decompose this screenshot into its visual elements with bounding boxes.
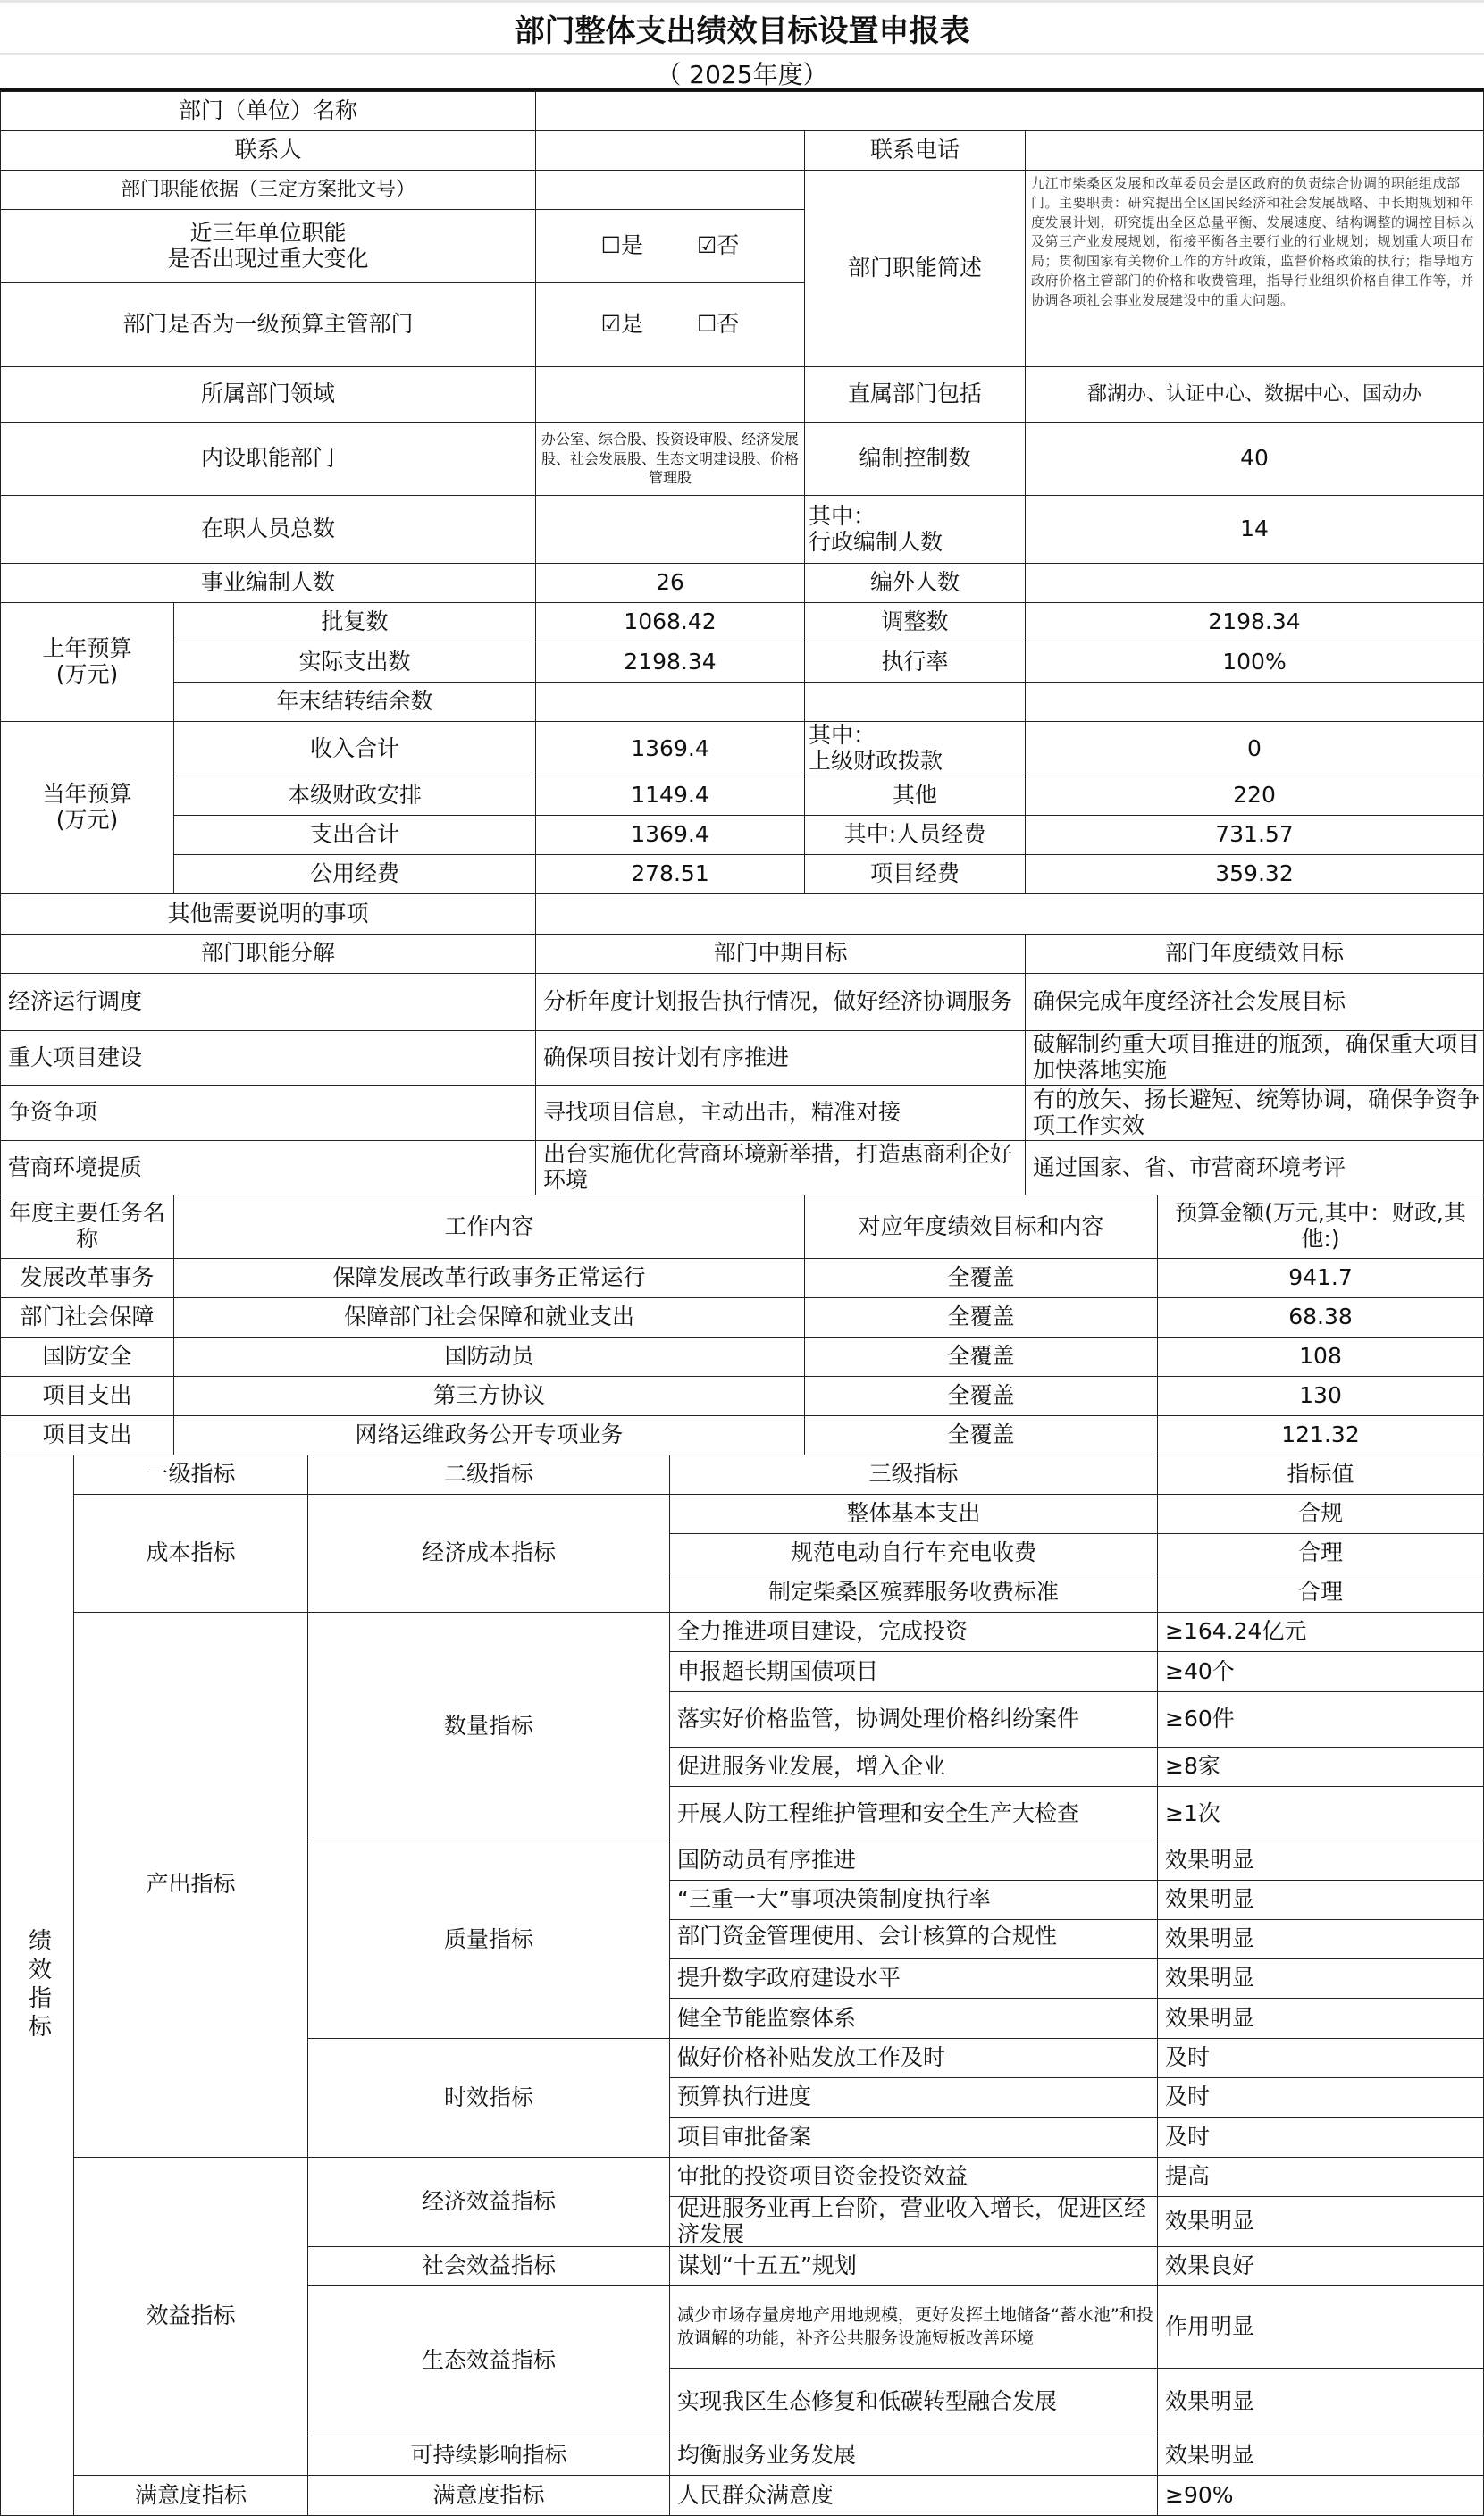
local-funding-value: 1149.4 — [535, 776, 805, 816]
task-row-target: 全覆盖 — [804, 1297, 1158, 1338]
indicator-level3: 提升数字政府建设水平 — [669, 1958, 1158, 1999]
indicator-value: 效果明显 — [1157, 2436, 1484, 2476]
indicators-header-level2: 二级指标 — [307, 1455, 670, 1495]
upper-funding-value: 0 — [1025, 721, 1484, 776]
phone-label: 联系电话 — [804, 130, 1026, 171]
task-row-content: 第三方协议 — [173, 1376, 805, 1416]
indicator-level3: 均衡服务业务发展 — [669, 2436, 1158, 2476]
function-row-annual: 确保完成年度经济社会发展目标 — [1025, 973, 1484, 1031]
current-budget-group-label: 当年预算 (万元) — [0, 721, 174, 894]
other-funding-label: 其他 — [804, 776, 1026, 816]
task-row-budget: 130 — [1157, 1376, 1484, 1416]
indicator-value: 效果明显 — [1157, 2196, 1484, 2247]
admin-staff-label: 其中： 行政编制人数 — [804, 495, 1026, 564]
contact-field[interactable] — [535, 130, 805, 171]
indicator-level3: “三重一大”事项决策制度执行率 — [669, 1880, 1158, 1920]
indicator-level3: 做好价格补贴发放工作及时 — [669, 2038, 1158, 2078]
level2-quantity: 数量指标 — [307, 1612, 670, 1841]
career-staff-value: 26 — [535, 563, 805, 603]
function-basis-field[interactable] — [535, 170, 805, 210]
indicator-value: 合理 — [1157, 1533, 1484, 1573]
local-funding-label: 本级财政安排 — [173, 776, 536, 816]
task-row-content: 国防动员 — [173, 1337, 805, 1377]
personnel-value: 731.57 — [1025, 815, 1484, 855]
indicator-level3: 实现我区生态修复和低碳转型融合发展 — [669, 2368, 1158, 2436]
function-row-annual: 通过国家、省、市营商环境考评 — [1025, 1140, 1484, 1195]
functions-header-annual: 部门年度绩效目标 — [1025, 934, 1484, 974]
indicator-value: 及时 — [1157, 2077, 1484, 2118]
indicator-value: 效果明显 — [1157, 1841, 1484, 1881]
other-matters-field[interactable] — [535, 893, 1484, 935]
public-expense-label: 公用经费 — [173, 854, 536, 894]
indicator-level3: 减少市场存量房地产用地规模，更好发挥土地储备“蓄水池”和投放调解的功能，补齐公共… — [669, 2285, 1158, 2369]
task-row-budget: 121.32 — [1157, 1415, 1484, 1455]
last-year-budget-group-label: 上年预算 (万元) — [0, 602, 174, 722]
actual-label: 实际支出数 — [173, 642, 536, 683]
task-row-budget: 108 — [1157, 1337, 1484, 1377]
income-value: 1369.4 — [535, 721, 805, 776]
indicator-level3: 开展人防工程维护管理和安全生产大检查 — [669, 1786, 1158, 1841]
option-yes-label: 是 — [621, 232, 643, 258]
indicator-value: ≥40个 — [1157, 1651, 1484, 1692]
carryover-field[interactable] — [535, 682, 805, 722]
functions-header-midterm: 部门中期目标 — [535, 934, 1026, 974]
indicator-value: ≥164.24亿元 — [1157, 1612, 1484, 1652]
indicator-level3: 整体基本支出 — [669, 1494, 1158, 1534]
staffing-control-value: 40 — [1025, 422, 1484, 496]
indicator-level3: 人民群众满意度 — [669, 2475, 1158, 2516]
task-row-content: 保障部门社会保障和就业支出 — [173, 1297, 805, 1338]
task-row-budget: 941.7 — [1157, 1258, 1484, 1298]
task-row-content: 保障发展改革行政事务正常运行 — [173, 1258, 805, 1298]
function-basis-label: 部门职能依据（三定方案批文号） — [0, 170, 536, 210]
function-row-name: 经济运行调度 — [0, 973, 536, 1031]
level2-social-benefit: 社会效益指标 — [307, 2246, 670, 2286]
task-row-budget: 68.38 — [1157, 1297, 1484, 1338]
function-row-name: 重大项目建设 — [0, 1030, 536, 1086]
function-row-name: 营商环境提质 — [0, 1140, 536, 1195]
exec-rate-label: 执行率 — [804, 642, 1026, 683]
indicator-level3: 制定柴桑区殡葬服务收费标准 — [669, 1572, 1158, 1613]
indicator-level3: 谋划“十五五”规划 — [669, 2246, 1158, 2286]
task-row-target: 全覆盖 — [804, 1337, 1158, 1377]
contact-label: 联系人 — [0, 130, 536, 171]
internal-depts-label: 内设职能部门 — [0, 422, 536, 496]
level1-cost: 成本指标 — [73, 1494, 308, 1613]
indicator-level3: 审批的投资项目资金投资效益 — [669, 2157, 1158, 2197]
personnel-label: 其中:人员经费 — [804, 815, 1026, 855]
empty-cell — [1025, 682, 1484, 722]
upper-funding-label: 其中： 上级财政拨款 — [804, 721, 1026, 776]
indicator-level3: 规范电动自行车充电收费 — [669, 1533, 1158, 1573]
option-no-label: 否 — [717, 311, 739, 337]
function-row-midterm: 确保项目按计划有序推进 — [535, 1030, 1026, 1086]
total-staff-field[interactable] — [535, 495, 805, 564]
staffing-control-label: 编制控制数 — [804, 422, 1026, 496]
primary-budget-yes-checkbox[interactable]: ☑是 — [601, 312, 643, 338]
income-label: 收入合计 — [173, 721, 536, 776]
indicator-value: 及时 — [1157, 2038, 1484, 2078]
expense-value: 1369.4 — [535, 815, 805, 855]
function-desc-text: 九江市柴桑区发展和改革委员会是区政府的负责综合协调的职能组成部门。主要职责：研究… — [1025, 170, 1484, 367]
indicator-value: 效果明显 — [1157, 2368, 1484, 2436]
tasks-header-content: 工作内容 — [173, 1195, 805, 1259]
level2-ecological-benefit: 生态效益指标 — [307, 2285, 670, 2436]
checkbox-empty-icon: ☐ — [601, 232, 621, 258]
indicator-value: 提高 — [1157, 2157, 1484, 2197]
level2-economic-cost: 经济成本指标 — [307, 1494, 670, 1613]
indicators-header-level1: 一级指标 — [73, 1455, 308, 1495]
function-row-midterm: 分析年度计划报告执行情况，做好经济协调服务 — [535, 973, 1026, 1031]
function-desc-label: 部门职能简述 — [804, 170, 1026, 367]
dept-name-label: 部门（单位）名称 — [0, 91, 536, 131]
tasks-header-target: 对应年度绩效目标和内容 — [804, 1195, 1158, 1259]
indicator-value: ≥8家 — [1157, 1747, 1484, 1787]
level2-quality: 质量指标 — [307, 1841, 670, 2039]
indicator-value: 效果明显 — [1157, 1958, 1484, 1999]
internal-depts-value: 办公室、综合股、投资设审股、经济发展股、社会发展股、生态文明建设股、价格管理股 — [535, 422, 805, 496]
tasks-header-name: 年度主要任务名称 — [0, 1195, 174, 1259]
project-expense-label: 项目经费 — [804, 854, 1026, 894]
function-change-yes-checkbox[interactable]: ☐是 — [601, 233, 643, 259]
level2-sustainability: 可持续影响指标 — [307, 2436, 670, 2476]
indicator-level3: 促进服务业再上台阶，营业收入增长，促进区经济发展 — [669, 2196, 1158, 2247]
extra-staff-label: 编外人数 — [804, 563, 1026, 603]
admin-staff-value: 14 — [1025, 495, 1484, 564]
indicator-level3: 健全节能监察体系 — [669, 1998, 1158, 2039]
indicator-level3: 落实好价格监管，协调处理价格纠纷案件 — [669, 1691, 1158, 1748]
indicator-value: 及时 — [1157, 2117, 1484, 2158]
indicator-value: 效果明显 — [1157, 1880, 1484, 1920]
level2-timeliness: 时效指标 — [307, 2038, 670, 2158]
function-change-no-checkbox[interactable]: ☑否 — [697, 233, 739, 259]
extra-staff-field[interactable] — [1025, 563, 1484, 603]
actual-value: 2198.34 — [535, 642, 805, 683]
function-row-name: 争资争项 — [0, 1085, 536, 1141]
indicator-level3: 国防动员有序推进 — [669, 1841, 1158, 1881]
total-staff-label: 在职人员总数 — [0, 495, 536, 564]
indicator-value: 效果明显 — [1157, 1998, 1484, 2039]
function-row-midterm: 出台实施优化营商环境新举措，打造惠商利企好环境 — [535, 1140, 1026, 1195]
carryover-label: 年末结转结余数 — [173, 682, 536, 722]
approved-value: 1068.42 — [535, 602, 805, 642]
public-expense-value: 278.51 — [535, 854, 805, 894]
tasks-header-budget: 预算金额(万元,其中：财政,其他:) — [1157, 1195, 1484, 1259]
indicator-level3: 促进服务业发展，增入企业 — [669, 1747, 1158, 1787]
indicator-value: 合规 — [1157, 1494, 1484, 1534]
adjusted-label: 调整数 — [804, 602, 1026, 642]
adjusted-value: 2198.34 — [1025, 602, 1484, 642]
functions-header-breakdown: 部门职能分解 — [0, 934, 536, 974]
function-change-options: ☐是 ☑否 — [535, 209, 805, 283]
indicator-level3: 预算执行进度 — [669, 2077, 1158, 2118]
level1-satisfaction: 满意度指标 — [73, 2475, 308, 2516]
approved-label: 批复数 — [173, 602, 536, 642]
indicator-value: 合理 — [1157, 1572, 1484, 1613]
indicators-header-value: 指标值 — [1157, 1455, 1484, 1495]
function-change-label: 近三年单位职能 是否出现过重大变化 — [0, 209, 536, 283]
project-expense-value: 359.32 — [1025, 854, 1484, 894]
career-staff-label: 事业编制人数 — [0, 563, 536, 603]
indicator-value: 作用明显 — [1157, 2285, 1484, 2369]
level2-economic-benefit: 经济效益指标 — [307, 2157, 670, 2247]
checkbox-checked-icon: ☑ — [601, 311, 621, 337]
exec-rate-value: 100% — [1025, 642, 1484, 683]
empty-cell — [804, 682, 1026, 722]
task-row-target: 全覆盖 — [804, 1376, 1158, 1416]
checkbox-checked-icon: ☑ — [697, 232, 717, 258]
dept-name-field[interactable] — [535, 91, 1484, 131]
other-matters-label: 其他需要说明的事项 — [0, 893, 536, 935]
task-row-name: 项目支出 — [0, 1415, 174, 1455]
task-row-name: 发展改革事务 — [0, 1258, 174, 1298]
other-funding-value: 220 — [1025, 776, 1484, 816]
level1-output: 产出指标 — [73, 1612, 308, 2158]
domain-field[interactable] — [535, 366, 805, 423]
form-title: 部门整体支出绩效目标设置申报表 — [0, 0, 1484, 55]
form-subtitle-year: （ 2025年度） — [0, 57, 1484, 91]
phone-field[interactable] — [1025, 130, 1484, 171]
function-row-midterm: 寻找项目信息，主动出击，精准对接 — [535, 1085, 1026, 1141]
indicator-value: 效果良好 — [1157, 2246, 1484, 2286]
task-row-name: 国防安全 — [0, 1337, 174, 1377]
task-row-content: 网络运维政务公开专项业务 — [173, 1415, 805, 1455]
expense-label: 支出合计 — [173, 815, 536, 855]
function-row-annual: 有的放矢、扬长避短、统筹协调，确保争资争项工作实效 — [1025, 1085, 1484, 1141]
checkbox-empty-icon: ☐ — [697, 311, 717, 337]
option-no-label: 否 — [717, 232, 739, 258]
task-row-target: 全覆盖 — [804, 1258, 1158, 1298]
direct-units-label: 直属部门包括 — [804, 366, 1026, 423]
task-row-target: 全覆盖 — [804, 1415, 1158, 1455]
indicators-side-label: 绩效指标 — [0, 1455, 74, 2516]
primary-budget-no-checkbox[interactable]: ☐否 — [697, 312, 739, 338]
indicator-value: 效果明显 — [1157, 1919, 1484, 1959]
level1-benefit: 效益指标 — [73, 2157, 308, 2476]
option-yes-label: 是 — [621, 311, 643, 337]
indicator-value: ≥1次 — [1157, 1786, 1484, 1841]
indicator-level3: 申报超长期国债项目 — [669, 1651, 1158, 1692]
task-row-name: 项目支出 — [0, 1376, 174, 1416]
indicator-level3: 部门资金管理使用、会计核算的合规性 — [669, 1919, 1158, 1959]
indicator-value: ≥90% — [1157, 2475, 1484, 2516]
domain-label: 所属部门领域 — [0, 366, 536, 423]
indicator-level3: 项目审批备案 — [669, 2117, 1158, 2158]
direct-units-value: 鄱湖办、认证中心、数据中心、国动办 — [1025, 366, 1484, 423]
level2-satisfaction: 满意度指标 — [307, 2475, 670, 2516]
indicator-value: ≥60件 — [1157, 1691, 1484, 1748]
primary-budget-options: ☑是 ☐否 — [535, 282, 805, 367]
indicators-header-level3: 三级指标 — [669, 1455, 1158, 1495]
task-row-name: 部门社会保障 — [0, 1297, 174, 1338]
primary-budget-label: 部门是否为一级预算主管部门 — [0, 282, 536, 367]
function-row-annual: 破解制约重大项目推进的瓶颈，确保重大项目加快落地实施 — [1025, 1030, 1484, 1086]
indicator-level3: 全力推进项目建设，完成投资 — [669, 1612, 1158, 1652]
